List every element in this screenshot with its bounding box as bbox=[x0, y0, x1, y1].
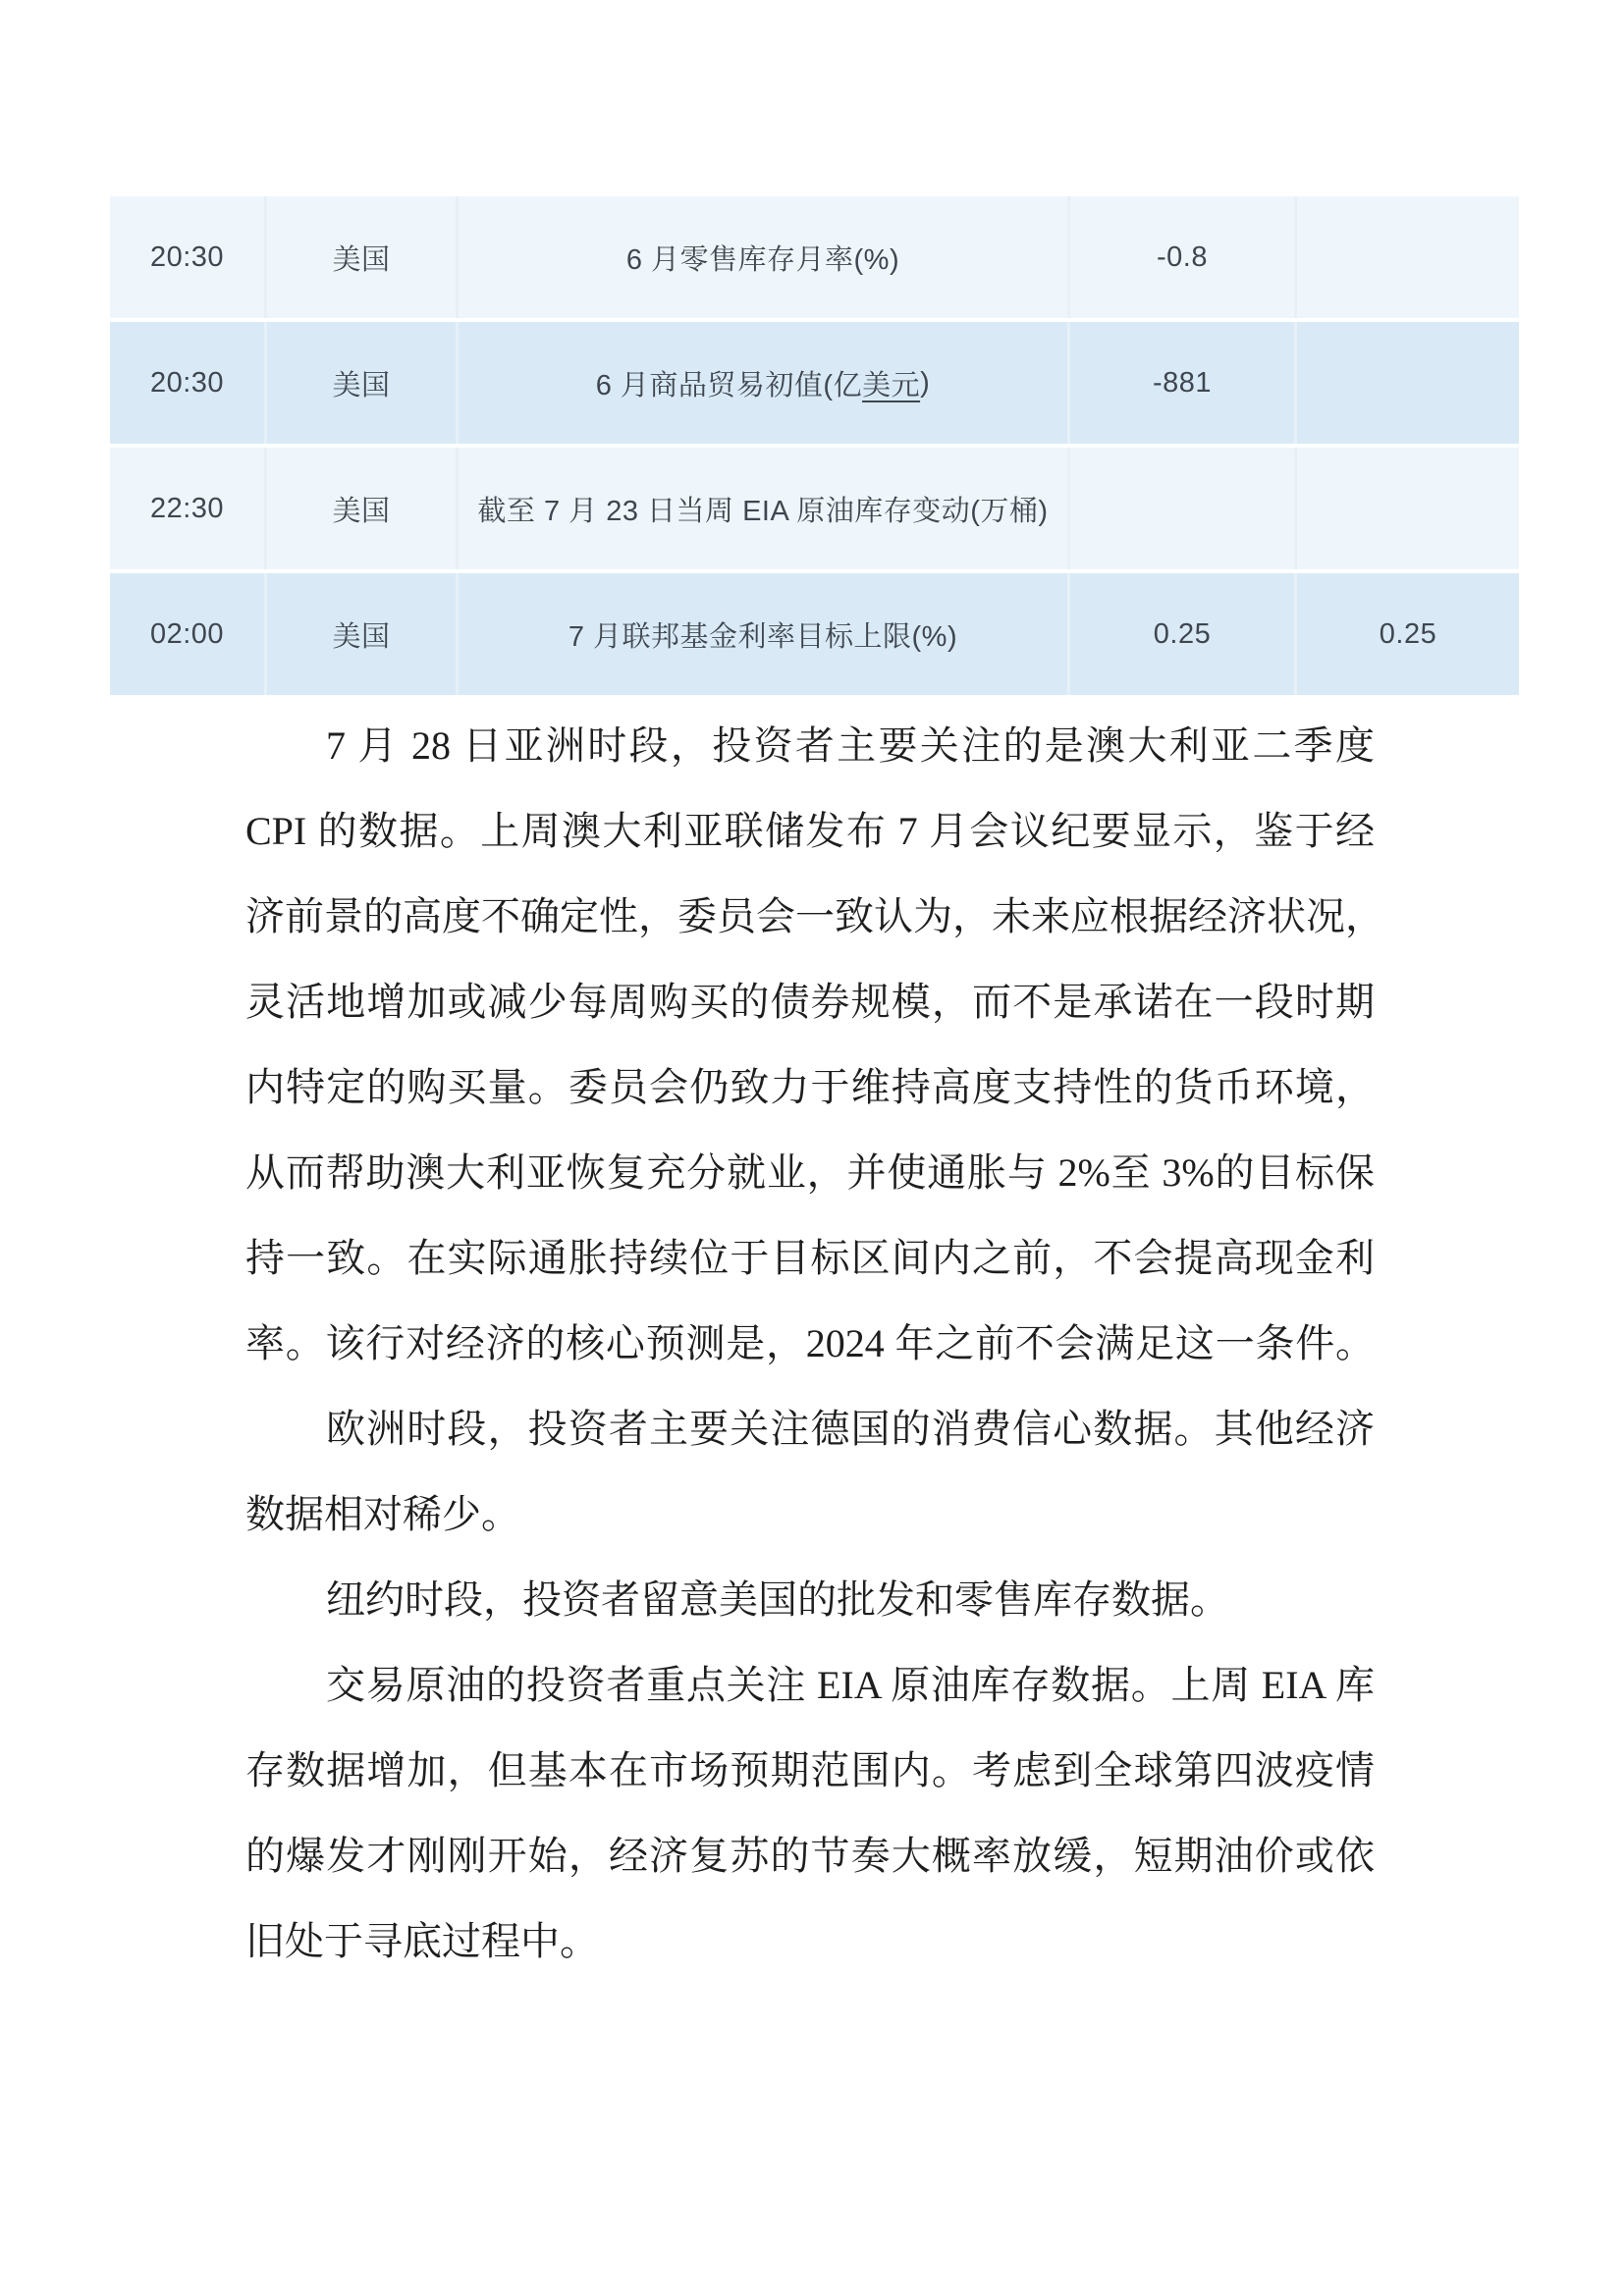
article-line: 内特定的购买量。委员会仍致力于维持高度支持性的货币环境， bbox=[245, 1044, 1375, 1130]
country-cell: 美国 bbox=[264, 448, 456, 569]
event-text-segment: 6 月商品贸易初值(亿 bbox=[596, 363, 862, 403]
event-cell: 6 月零售库存月率(%) bbox=[456, 196, 1067, 318]
value-cell: -881 bbox=[1067, 322, 1294, 444]
time-cell: 20:30 bbox=[110, 322, 264, 444]
value2-cell bbox=[1294, 322, 1519, 444]
event-cell: 6 月商品贸易初值(亿美元) bbox=[456, 322, 1067, 444]
article-line: 欧洲时段，投资者主要关注德国的消费信心数据。其他经济 bbox=[245, 1386, 1375, 1471]
value2-cell bbox=[1294, 196, 1519, 318]
value2-cell bbox=[1294, 448, 1519, 569]
article-line: CPI 的数据。上周澳大利亚联储发布 7 月会议纪要显示，鉴于经 bbox=[245, 788, 1375, 874]
table-row: 02:00 美国 7 月联邦基金利率目标上限(%) 0.25 0.25 bbox=[110, 573, 1519, 695]
article-line: 存数据增加，但基本在市场预期范围内。考虑到全球第四波疫情 bbox=[245, 1728, 1375, 1813]
country-cell: 美国 bbox=[264, 196, 456, 318]
article-line: 旧处于寻底过程中。 bbox=[245, 1898, 1375, 1984]
value-cell bbox=[1067, 448, 1294, 569]
article-line: 从而帮助澳大利亚恢复充分就业，并使通胀与 2%至 3%的目标保 bbox=[245, 1130, 1375, 1215]
article-line: 纽约时段，投资者留意美国的批发和零售库存数据。 bbox=[245, 1557, 1375, 1642]
event-cell: 7 月联邦基金利率目标上限(%) bbox=[456, 573, 1067, 695]
country-cell: 美国 bbox=[264, 322, 456, 444]
time-cell: 20:30 bbox=[110, 196, 264, 318]
value2-cell: 0.25 bbox=[1294, 573, 1519, 695]
article-line: 数据相对稀少。 bbox=[245, 1471, 1375, 1557]
table-row: 20:30 美国 6 月零售库存月率(%) -0.8 bbox=[110, 196, 1519, 318]
table-row: 20:30 美国 6 月商品贸易初值(亿美元) -881 bbox=[110, 322, 1519, 444]
value-cell: -0.8 bbox=[1067, 196, 1294, 318]
table-row: 22:30 美国 截至 7 月 23 日当周 EIA 原油库存变动(万桶) bbox=[110, 448, 1519, 569]
article-line: 济前景的高度不确定性，委员会一致认为，未来应根据经济状况， bbox=[245, 874, 1375, 959]
article-line: 率。该行对经济的核心预测是，2024 年之前不会满足这一条件。 bbox=[245, 1301, 1375, 1386]
event-text-underlined-segment: 美元 bbox=[862, 363, 920, 403]
event-text-segment: 7 月联邦基金利率目标上限(%) bbox=[568, 614, 957, 655]
article-line: 持一致。在实际通胀持续位于目标区间内之前，不会提高现金利 bbox=[245, 1215, 1375, 1301]
event-text-segment: 6 月零售库存月率(%) bbox=[626, 238, 899, 278]
event-text-segment: 截至 7 月 23 日当周 EIA 原油库存变动(万桶) bbox=[477, 489, 1048, 529]
economic-calendar-table: 20:30 美国 6 月零售库存月率(%) -0.8 20:30 美国 6 月商… bbox=[110, 196, 1519, 699]
article-text: 7 月 28 日亚洲时段，投资者主要关注的是澳大利亚二季度 CPI 的数据。上周… bbox=[245, 703, 1375, 1984]
article-line: 7 月 28 日亚洲时段，投资者主要关注的是澳大利亚二季度 bbox=[245, 703, 1375, 788]
event-text-segment: ) bbox=[920, 367, 930, 400]
article-line: 灵活地增加或减少每周购买的债券规模，而不是承诺在一段时期 bbox=[245, 959, 1375, 1044]
article-line: 的爆发才刚刚开始，经济复苏的节奏大概率放缓，短期油价或依 bbox=[245, 1813, 1375, 1898]
time-cell: 22:30 bbox=[110, 448, 264, 569]
event-cell: 截至 7 月 23 日当周 EIA 原油库存变动(万桶) bbox=[456, 448, 1067, 569]
country-cell: 美国 bbox=[264, 573, 456, 695]
article-line: 交易原油的投资者重点关注 EIA 原油库存数据。上周 EIA 库 bbox=[245, 1642, 1375, 1728]
value-cell: 0.25 bbox=[1067, 573, 1294, 695]
time-cell: 02:00 bbox=[110, 573, 264, 695]
